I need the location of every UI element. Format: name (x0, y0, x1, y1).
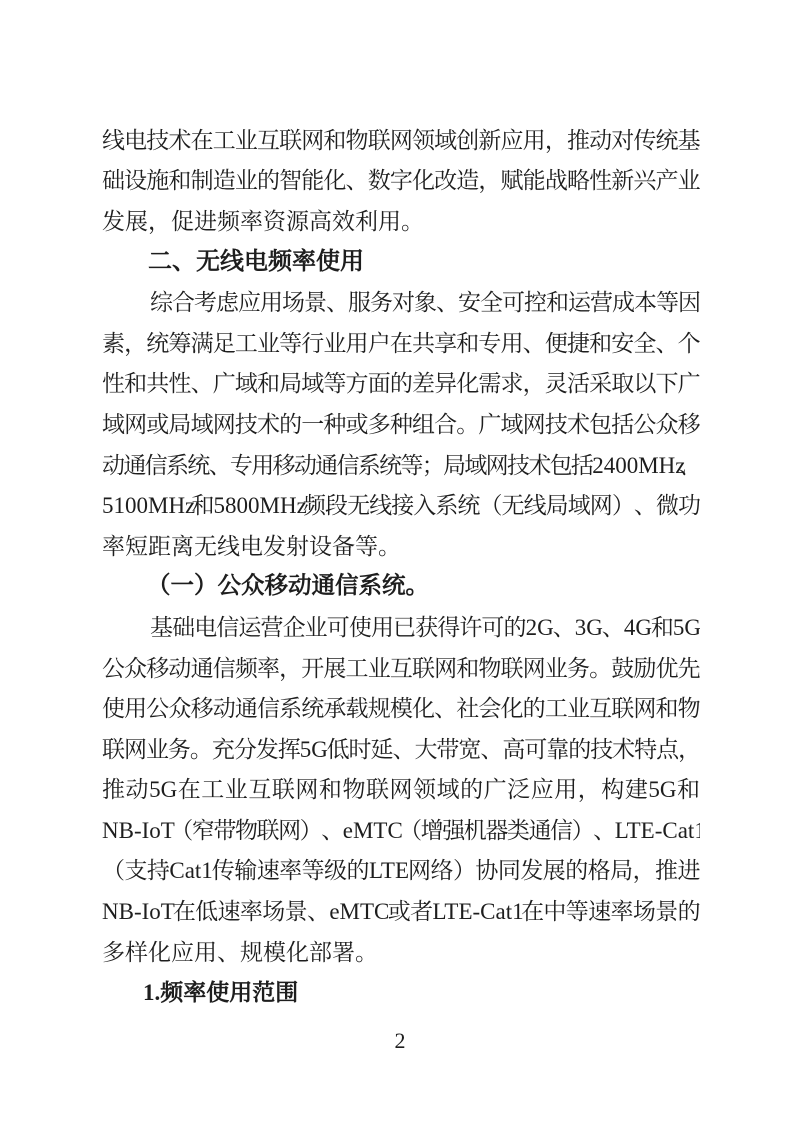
page-number: 2 (0, 1026, 800, 1056)
text-line: 公众移动通信频率，开展工业互联网和物联网业务。鼓励优先 (102, 648, 700, 689)
text-line: 推动5G在工业互联网和物联网领域的广泛应用，构建5G和 (102, 770, 700, 811)
text-line: 联网业务。充分发挥5G低时延、大带宽、高可靠的技术特点， (102, 729, 700, 770)
text-line: 发展，促进频率资源高效利用。 (102, 201, 700, 242)
text-line: 基础电信运营企业可使用已获得许可的2G、3G、4G和5G (102, 607, 700, 648)
text-line: 线电技术在工业互联网和物联网领域创新应用，推动对传统基 (102, 120, 700, 161)
document-page: 线电技术在工业互联网和物联网领域创新应用，推动对传统基 础设施和制造业的智能化、… (0, 0, 800, 1131)
text-line: 率短距离无线电发射设备等。 (102, 526, 700, 567)
document-body: 线电技术在工业互联网和物联网领域创新应用，推动对传统基 础设施和制造业的智能化、… (102, 120, 700, 1013)
text-line: 综合考虑应用场景、服务对象、安全可控和运营成本等因 (102, 282, 700, 323)
text-line: 域网或局域网技术的一种或多种组合。广域网技术包括公众移 (102, 404, 700, 445)
subsection-heading: （一）公众移动通信系统。 (102, 567, 700, 608)
text-line: NB-IoT（窄带物联网）、eMTC（增强机器类通信）、LTE-Cat1 (102, 810, 700, 851)
text-line: 使用公众移动通信系统承载规模化、社会化的工业互联网和物 (102, 688, 700, 729)
text-line: 5100MHz和5800MHz频段无线接入系统（无线局域网）、微功 (102, 485, 700, 526)
text-line: NB-IoT在低速率场景、eMTC或者LTE-Cat1在中等速率场景的 (102, 891, 700, 932)
clause-heading: 1.频率使用范围 (102, 972, 700, 1013)
text-line: 动通信系统、专用移动通信系统等；局域网技术包括2400MHz、 (102, 445, 700, 486)
section-heading: 二、无线电频率使用 (102, 242, 700, 283)
text-line: 性和共性、广域和局域等方面的差异化需求，灵活采取以下广 (102, 364, 700, 405)
text-line: （支持Cat1传输速率等级的LTE网络）协同发展的格局，推进 (102, 851, 700, 892)
text-line: 素，统筹满足工业等行业用户在共享和专用、便捷和安全、个 (102, 323, 700, 364)
text-line: 多样化应用、规模化部署。 (102, 932, 700, 973)
text-line: 础设施和制造业的智能化、数字化改造，赋能战略性新兴产业 (102, 161, 700, 202)
